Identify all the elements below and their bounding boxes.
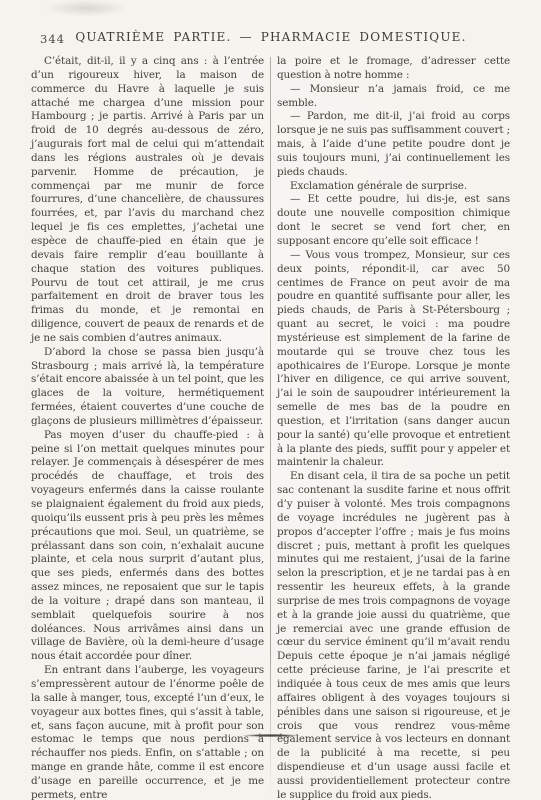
paragraph: D’abord la chose se passa bien jusqu’à S… xyxy=(31,346,264,429)
right-column: la poire et le fromage, d’adresser cette… xyxy=(277,55,510,800)
paragraph: C’était, dit-il, il y a cinq ans : à l’e… xyxy=(31,55,264,346)
paragraph: En entrant dans l’auberge, les voyageurs… xyxy=(31,664,264,800)
left-column: C’était, dit-il, il y a cinq ans : à l’e… xyxy=(31,55,264,800)
paragraph: — Monsieur n’a jamais froid, ce me sembl… xyxy=(277,83,510,111)
column-divider-rule xyxy=(270,57,271,797)
two-column-layout: C’était, dit-il, il y a cinq ans : à l’e… xyxy=(31,55,511,800)
paragraph: — Et cette poudre, lui dis-je, est sans … xyxy=(277,193,510,248)
scanned-book-page: 344 QUATRIÈME PARTIE. — PHARMACIE DOMEST… xyxy=(0,0,541,800)
text-block: 344 QUATRIÈME PARTIE. — PHARMACIE DOMEST… xyxy=(31,30,511,800)
tailpiece-rule xyxy=(242,734,300,737)
running-title: QUATRIÈME PARTIE. — PHARMACIE DOMESTIQUE… xyxy=(31,30,511,44)
paragraph: Pas moyen d’user du chauffe-pied : à pei… xyxy=(31,429,264,664)
running-head: 344 QUATRIÈME PARTIE. — PHARMACIE DOMEST… xyxy=(31,30,511,48)
paragraph: Exclamation générale de surprise. xyxy=(277,180,510,194)
paragraph: — Pardon, me dit-il, j’ai froid au corps… xyxy=(277,110,510,179)
paragraph: la poire et le fromage, d’adresser cette… xyxy=(277,55,510,83)
paragraph: — Vous vous trompez, Monsieur, sur ces d… xyxy=(277,249,510,471)
page-number: 344 xyxy=(40,32,65,46)
paragraph: En disant cela, il tira de sa poche un p… xyxy=(277,470,510,800)
